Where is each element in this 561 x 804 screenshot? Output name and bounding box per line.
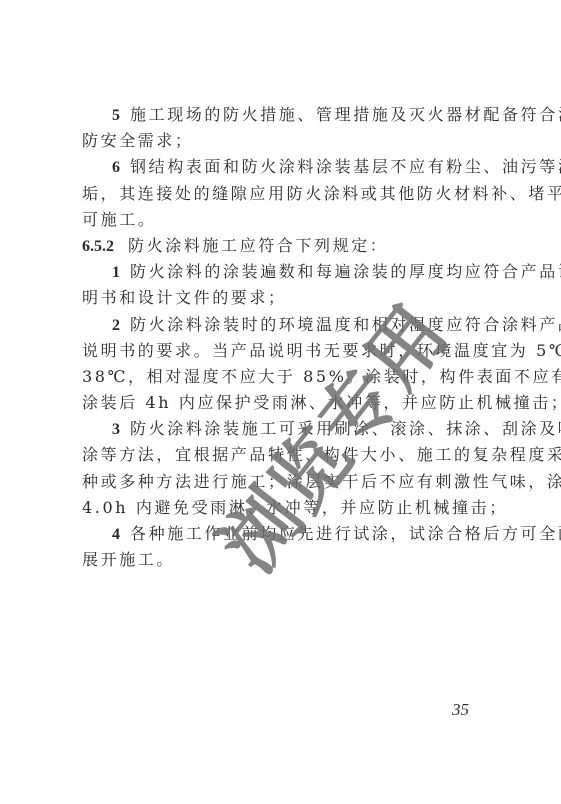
item-number: 1 bbox=[112, 264, 120, 281]
text-line: 说明书的要求。当产品说明书无要求时，环境温度宜为 5℃ ~ bbox=[82, 338, 482, 364]
text-line: 明书和设计文件的要求； bbox=[82, 285, 482, 311]
item-number: 4 bbox=[112, 526, 120, 543]
text-line: 1防火涂料的涂装遍数和每遍涂装的厚度均应符合产品说 bbox=[82, 259, 482, 285]
text-line: 3防火涂料涂装施工可采用刷涂、滚涂、抹涂、刮涂及喷 bbox=[82, 416, 482, 442]
document-page: 5施工现场的防火措施、管理措施及灭火器材配备符合消 防安全需求； 6钢结构表面和… bbox=[0, 0, 561, 804]
text-line: 2防火涂料涂装时的环境温度和相对湿度应符合涂料产品 bbox=[82, 312, 482, 338]
page-number: 35 bbox=[452, 700, 469, 720]
text-line: 涂等方法，宜根据产品特性、构件大小、施工的复杂程度采取一 bbox=[82, 442, 482, 468]
text-line: 涂装后 4h 内应保护受雨淋、水冲等，并应防止机械撞击； bbox=[82, 390, 482, 416]
text-line: 种或多种方法进行施工；涂层实干后不应有刺激性气味，涂装后 bbox=[82, 469, 482, 495]
page-body: 5施工现场的防火措施、管理措施及灭火器材配备符合消 防安全需求； 6钢结构表面和… bbox=[82, 102, 482, 573]
clause-heading: 6.5.2防火涂料施工应符合下列规定： bbox=[82, 233, 482, 259]
item-number: 3 bbox=[112, 421, 120, 438]
text-line: 展开施工。 bbox=[82, 547, 482, 573]
item-number: 6 bbox=[112, 159, 120, 176]
item-number: 2 bbox=[112, 317, 120, 334]
text-line: 4.0h 内避免受雨淋、水冲等，并应防止机械撞击； bbox=[82, 495, 482, 521]
item-number: 5 bbox=[112, 107, 120, 124]
text-line: 38℃，相对湿度不应大于 85%。涂装时，构件表面不应有结露， bbox=[82, 364, 482, 390]
text-line: 防安全需求； bbox=[82, 128, 482, 154]
text-line: 垢，其连接处的缝隙应用防火涂料或其他防火材料补、堵平后方 bbox=[82, 181, 482, 207]
text-line: 5施工现场的防火措施、管理措施及灭火器材配备符合消 bbox=[82, 102, 482, 128]
text-line: 可施工。 bbox=[82, 207, 482, 233]
clause-number: 6.5.2 bbox=[82, 238, 114, 255]
text-line: 4各种施工作业前均应先进行试涂，试涂合格后方可全面 bbox=[82, 521, 482, 547]
text-line: 6钢结构表面和防火涂料涂装基层不应有粉尘、油污等污 bbox=[82, 154, 482, 180]
